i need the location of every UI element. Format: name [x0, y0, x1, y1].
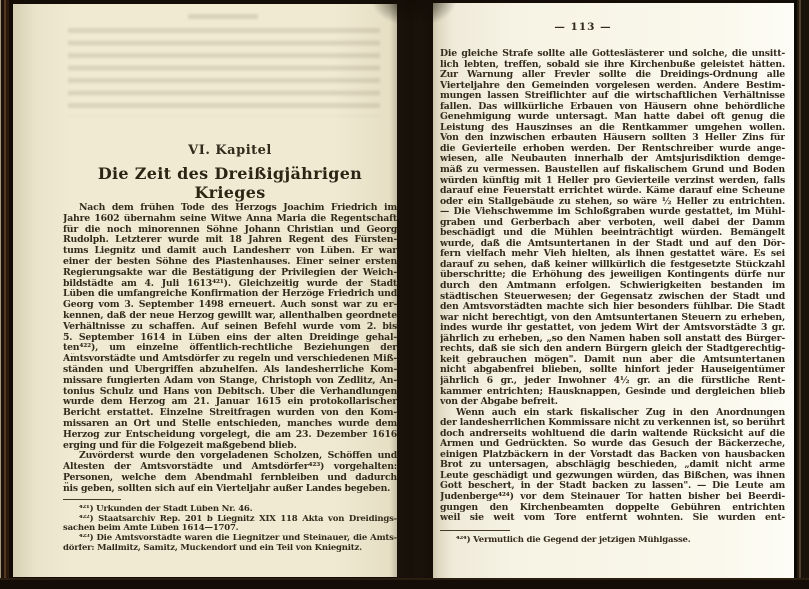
text-line: Nach dem frühen Tode des Herzogs Joachim… — [63, 203, 397, 214]
text-line: einigen Platzbäckern in der Vorstadt das… — [440, 450, 785, 461]
text-line: Von den inzwischen erbauten Häusern soll… — [440, 133, 785, 144]
text-line: tums Liegnitz und damit auch Landesherr … — [63, 246, 397, 257]
text-line: graben und Gerberbach aber verboten, wei… — [440, 218, 785, 229]
text-line: Ältesten der Amtsvorstädte und Amtsdörfe… — [63, 462, 397, 473]
text-line: Bericht erstattet. Einzelne Streitfragen… — [63, 408, 397, 419]
text-line: Vierteljahre den Gemeinden vorgelesen we… — [440, 81, 785, 92]
book-gutter-shadow — [390, 0, 438, 581]
text-line: Genehmigung wurde untersagt. Man hatte d… — [440, 112, 785, 123]
text-line: ⁴²⁴) Vermutlich die Gegend der jetzigen … — [440, 536, 774, 546]
text-line: ten⁴²²), um einzelne öffentlich-rechtlic… — [63, 343, 397, 354]
text-line: beschädigt und die Mühlen beeinträchtigt… — [440, 228, 785, 239]
text-line: Judenberge⁴²⁴) vor dem Steinauer Tor hat… — [440, 492, 785, 503]
text-line: die Gevierteile erhoben werden. Der Rent… — [440, 144, 785, 155]
footnote-rule — [63, 499, 121, 500]
text-line: missare fungierten Adam von Stange, Chri… — [63, 376, 397, 387]
text-line: Armen und Gedrückten. So wurde das Gesuc… — [440, 439, 785, 450]
text-line: missaren an Ort und Stelle entschieden, … — [63, 419, 397, 430]
text-line: wurde dem Herzog am 21. Januar 1615 ein … — [63, 397, 397, 408]
text-line: dörfer: Mallmitz, Samitz, Muckendorf und… — [63, 544, 397, 554]
text-line: Wenn auch ein stark fiskalischer Zug in … — [440, 408, 785, 419]
footnote-rule — [440, 530, 510, 531]
text-line: Leistung des Hauszinses an die Rentkamme… — [440, 123, 785, 134]
text-line: mäß zu vermessen. Baustellen auf fiskali… — [440, 165, 785, 176]
text-line: ständen und Übergriffen abzuhelfen. Als … — [63, 365, 397, 376]
text-line: von der Abgabe befreit. — [440, 397, 785, 408]
right-page-body: Die gleiche Strafe sollte alle Gottesläs… — [440, 49, 785, 524]
text-line: rechts, daß sie sich den andern Bürgern … — [440, 344, 785, 355]
text-line: fern vielfach mehr Vieh hielten, als ihn… — [440, 249, 785, 260]
text-line: ⁴²²) Staatsarchiv Rep. 201 b Liegnitz XI… — [63, 515, 397, 525]
text-line: wiesen, alle Neubauten innerhalb der Amt… — [440, 154, 785, 165]
text-line: Rudolph. Letzterer wurde mit 18 Jahren R… — [63, 235, 397, 246]
text-line: ⁴²³) Die Amtsvorstädte waren die Liegnit… — [63, 534, 397, 544]
text-line: Leute geschädigt und gezwungen würden, d… — [440, 471, 785, 482]
text-line: doch andrerseits wohltuend die darin wal… — [440, 429, 785, 440]
text-line: bildstädte am 4. Juli 1613⁴²¹). Gleichze… — [63, 279, 397, 290]
text-line: Amtsvorstädte und Amtsdörfer zu regeln u… — [63, 354, 397, 365]
text-line: darauf zu sehen, daß keiner willkürlich … — [440, 260, 785, 271]
text-line: Verhältnisse zu schaffen. Auf seinen Bef… — [63, 322, 397, 333]
text-line: ⁴²¹) Urkunden der Stadt Lüben Nr. 46. — [63, 505, 397, 515]
text-line: Personen, welche dem Abendmahl fernbleib… — [63, 473, 397, 484]
text-line: nicht abgabenfrei blieben, sollte hinfor… — [440, 365, 785, 376]
text-line: — Die Viehschwemme im Schloßgraben wurde… — [440, 207, 785, 218]
text-line: den Amtsvorstädten machte sich hier beso… — [440, 302, 785, 313]
text-line: städtischen Steuerwesen; der Gegensatz z… — [440, 292, 785, 303]
text-line: Jahre 1602 übernahm seine Witwe Anna Mar… — [63, 214, 397, 225]
text-line: der landesherrlichen Kommissare nicht zu… — [440, 418, 785, 429]
text-line: jährlich 6 gr., jeder Inwohner 4½ gr. an… — [440, 376, 785, 387]
scan-bottom-edge — [0, 578, 809, 589]
text-line: indes wurde ihr gestattet, von jedem Wir… — [440, 323, 785, 334]
text-line: kennen, daß der neue Herzog gewillt war,… — [63, 311, 397, 322]
text-line: sachen beim Amte Lüben 1614—1707. — [63, 524, 397, 534]
text-line: weil sie weit vom Tore entfernt wohnten.… — [440, 513, 785, 524]
text-line: darauf eine Feuerstatt errichtet würde. … — [440, 186, 785, 197]
text-line: fallen. Das willkürliche Erbauen von Häu… — [440, 102, 785, 113]
text-line: tonius Schulz und Hans von Debitsch. Übe… — [63, 387, 397, 398]
text-line: mungen lassen Streiflichter auf die wirt… — [440, 91, 785, 102]
left-page-body: Nach dem frühen Tode des Herzogs Joachim… — [63, 203, 397, 495]
text-line: Zur Warnung aller Frevler sollte die Dre… — [440, 70, 785, 81]
text-line: Herzog zur Entscheidung vorgelegt, die a… — [63, 430, 397, 441]
book-right-edge — [794, 0, 809, 589]
text-line: überschritte; die Erhöhung des jeweilige… — [440, 270, 785, 281]
text-line: Brot zu untersagen, abschlägig beschiede… — [440, 460, 785, 471]
text-line: Georg vom 3. September 1498 erneuert. Au… — [63, 300, 397, 311]
text-line: 5. September 1614 in Lüben eins der alte… — [63, 333, 397, 344]
chapter-kicker: VI. Kapitel — [63, 143, 397, 158]
text-line: gungen den Kirchenbeamten doppelte Gebüh… — [440, 503, 785, 514]
right-page-footnotes: ⁴²⁴) Vermutlich die Gegend der jetzigen … — [440, 536, 774, 546]
text-line: wurde, daß die Amtsuntertanen in der Sta… — [440, 239, 785, 250]
text-line: kammer entrichten; Hausknappen, Gesinde … — [440, 387, 785, 398]
text-line: Die gleiche Strafe sollte alle Gottesläs… — [440, 49, 785, 60]
text-line: Lüben die umfangreiche Konfirmation der … — [63, 289, 397, 300]
book-binding-left-edge — [0, 0, 13, 589]
text-line: nis geben, sollten sich auf ein Viertelj… — [63, 484, 397, 495]
chapter-title: Die Zeit des Dreißigjährigen Krieges — [63, 164, 397, 202]
text-line: oder ein Stallgebäude zu stehen, so wäre… — [440, 197, 785, 208]
showthrough-text-ghost — [68, 28, 380, 116]
left-page: VI. Kapitel Die Zeit des Dreißigjährigen… — [13, 4, 397, 577]
text-line: lich lebten, treffen, sobald sie ihre Ki… — [440, 60, 785, 71]
book-scan: VI. Kapitel Die Zeit des Dreißigjährigen… — [0, 0, 809, 589]
text-line: erging und für die Folgezeit maßgebend b… — [63, 441, 397, 452]
text-line: Regierungsakte war die Bestätigung der P… — [63, 268, 397, 279]
text-line: Zuvörderst wurde den vorgeladenen Scholz… — [63, 451, 397, 462]
text-line: durch den Amtmann erfolgen. Schwierigkei… — [440, 281, 785, 292]
text-line: Gott beschert, in der Stadt backen zu la… — [440, 481, 785, 492]
right-page: — 113 — Die gleiche Strafe sollte alle G… — [433, 3, 794, 578]
text-line: war nicht berechtigt, von den Amtsuntert… — [440, 313, 785, 324]
text-line: jährlich zu erheben, „so den Namen haben… — [440, 334, 785, 345]
text-line: würden künftig mit 1 Heller pro Gevierte… — [440, 176, 785, 187]
text-line: einer der besten Söhne des Piastenhauses… — [63, 257, 397, 268]
text-line: für die noch minorennen Söhne Johann Chr… — [63, 225, 397, 236]
page-number: — 113 — — [433, 21, 733, 33]
left-page-footnotes: ⁴²¹) Urkunden der Stadt Lüben Nr. 46.⁴²²… — [63, 505, 397, 553]
text-line: keit gebrauchen mögen". Damit nun aber d… — [440, 355, 785, 366]
